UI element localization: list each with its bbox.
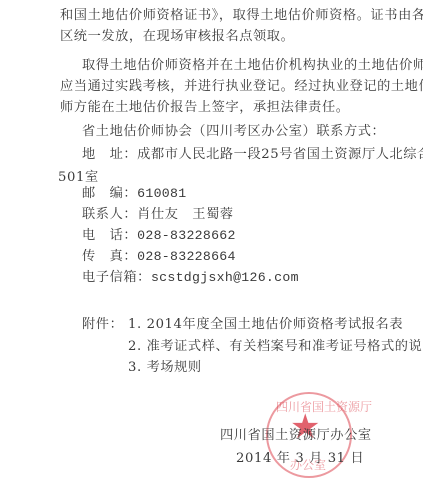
paragraph-line: 取得土地估价师资格并在土地估价机构执业的土地估价师， xyxy=(82,58,423,74)
address-row: 地 址：成都市人民北路一段25号省国土资源厅人北综合楼 xyxy=(82,147,423,163)
contact-person-label: 联系人： xyxy=(82,207,137,222)
postcode-row: 邮 编：610081 xyxy=(82,186,186,202)
document-page: 和国土地估价师资格证书》，取得土地估价师资格。证书由各考 区统一发放，在现场审核… xyxy=(0,0,423,483)
postcode-value: 610081 xyxy=(137,186,186,201)
fax-label: 传 真： xyxy=(82,249,137,264)
attachment-item: 1. 2014年度全国土地估价师资格考试报名表 xyxy=(128,317,403,333)
address-continuation: 501室 xyxy=(58,170,99,186)
contact-person-row: 联系人：肖仕友 王蜀蓉 xyxy=(82,207,234,223)
fax-value: 028-83228664 xyxy=(137,249,236,264)
attachment-item: 2. 准考证式样、有关档案号和准考证号格式的说明 xyxy=(128,339,423,355)
paragraph-line: 区统一发放，在现场审核报名点领取。 xyxy=(60,29,294,45)
email-row: 电子信箱：scstdgjsxh@126.com xyxy=(82,270,299,286)
phone-label: 电 话： xyxy=(82,228,137,243)
contact-person-value: 肖仕友 王蜀蓉 xyxy=(137,207,234,222)
address-value: 成都市人民北路一段25号省国土资源厅人北综合楼 xyxy=(137,147,423,162)
postcode-label: 邮 编： xyxy=(82,186,137,201)
address-label: 地 址： xyxy=(82,147,137,162)
fax-row: 传 真：028-83228664 xyxy=(82,249,236,265)
email-label: 电子信箱： xyxy=(82,270,151,285)
signature-date: 2014 年 3 月 31 日 xyxy=(236,451,364,467)
phone-value: 028-83228662 xyxy=(137,228,236,243)
paragraph-line: 师方能在土地估价报告上签字，承担法律责任。 xyxy=(60,100,350,116)
email-value[interactable]: scstdgjsxh@126.com xyxy=(151,270,299,285)
phone-row: 电 话：028-83228662 xyxy=(82,228,236,244)
attachment-item: 3. 考场规则 xyxy=(128,360,202,376)
signature-org: 四川省国土资源厅办公室 xyxy=(220,428,372,444)
paragraph-line: 和国土地估价师资格证书》，取得土地估价师资格。证书由各考 xyxy=(60,8,423,24)
attachments-label: 附件： xyxy=(82,317,123,333)
contact-heading: 省土地估价师协会（四川考区办公室）联系方式： xyxy=(82,124,385,140)
paragraph-line: 应当通过实践考核，并进行执业登记。经过执业登记的土地估价 xyxy=(60,79,423,95)
